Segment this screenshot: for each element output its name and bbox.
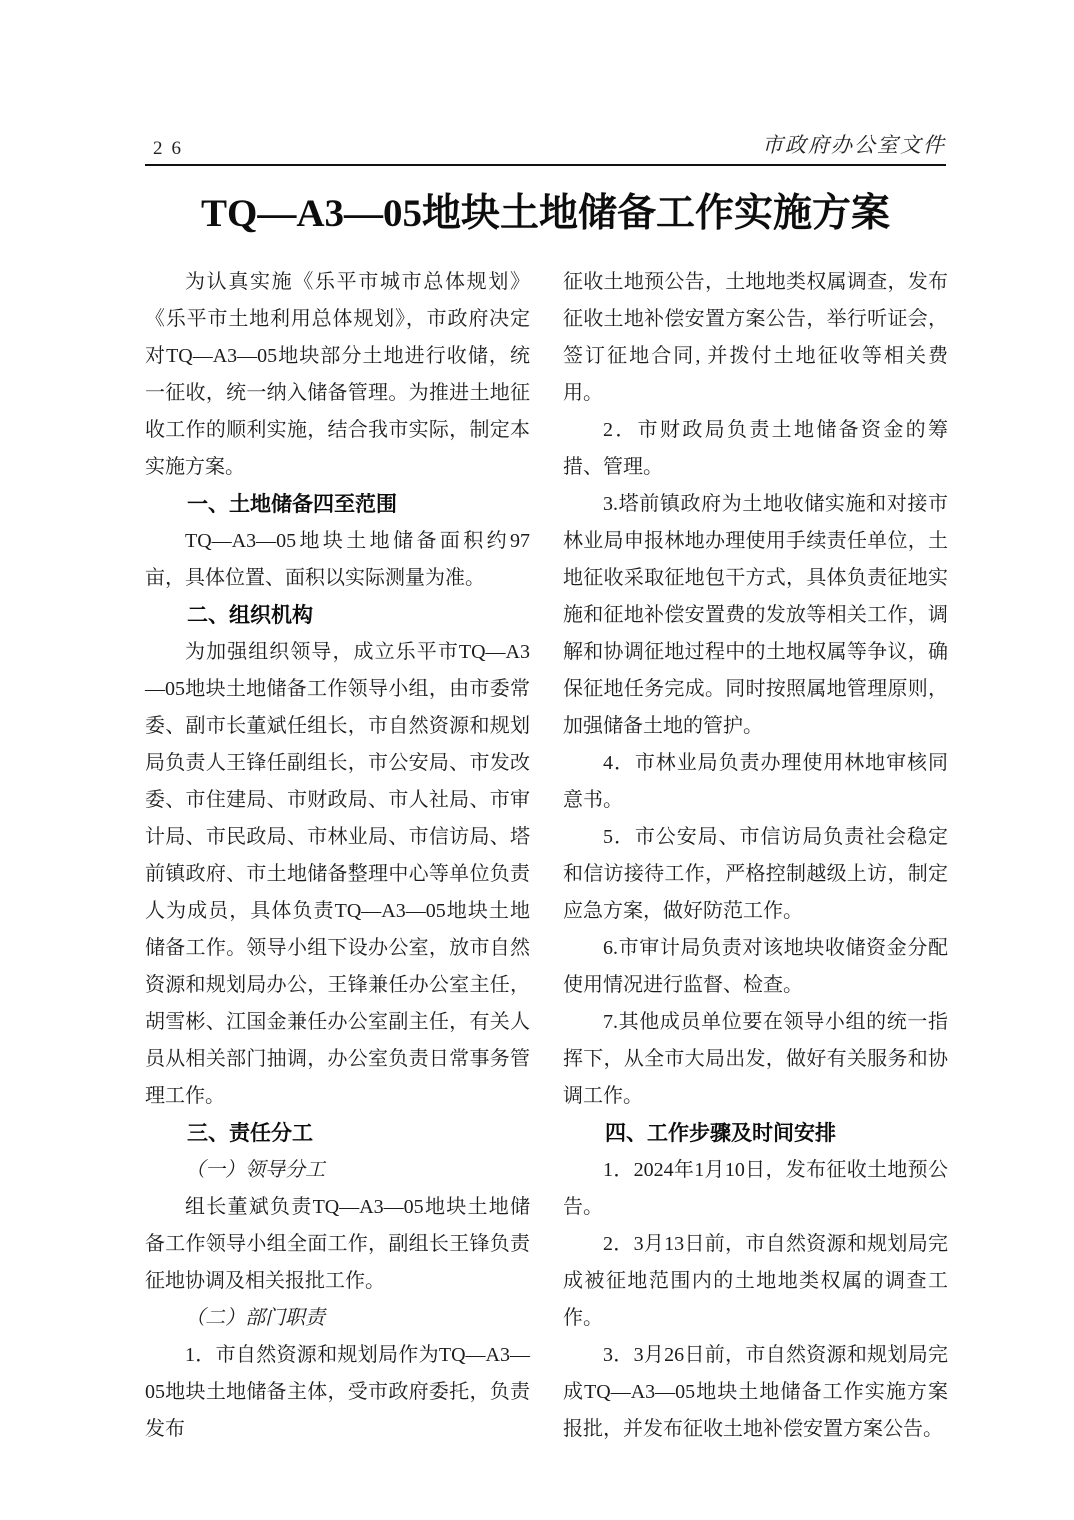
paragraph: 为加强组织领导，成立乐平市TQ—A3—05地块土地储备工作领导小组，由市委常委、… <box>145 634 530 1115</box>
section-heading: 一、土地储备四至范围 <box>145 486 530 523</box>
paragraph: 4．市林业局负责办理使用林地审核同意书。 <box>563 745 948 819</box>
document-title: TQ—A3—05地块土地储备工作实施方案 <box>145 182 946 238</box>
paragraph: TQ—A3—05地块土地储备面积约97亩，具体位置、面积以实际测量为准。 <box>145 523 530 597</box>
paragraph: 3．3月26日前，市自然资源和规划局完成TQ—A3—05地块土地储备工作实施方案… <box>563 1337 948 1448</box>
page-number: 26 <box>153 138 190 160</box>
paragraph: 为认真实施《乐平市城市总体规划》《乐平市土地利用总体规划》，市政府决定对TQ—A… <box>145 264 530 486</box>
header-rule <box>145 164 946 166</box>
paragraph: 1．市自然资源和规划局作为TQ—A3—05地块土地储备主体，受市政府委托，负责发… <box>145 1337 530 1448</box>
section-heading: 四、工作步骤及时间安排 <box>563 1115 948 1152</box>
right-column: 征收土地预公告，土地地类权属调查，发布征收土地补偿安置方案公告，举行听证会，签订… <box>563 264 948 1448</box>
sub-heading: （一）领导分工 <box>145 1152 530 1189</box>
paragraph: 2．市财政局负责土地储备资金的筹措、管理。 <box>563 412 948 486</box>
paragraph: 1．2024年1月10日，发布征收土地预公告。 <box>563 1152 948 1226</box>
paragraph: 5．市公安局、市信访局负责社会稳定和信访接待工作，严格控制越级上访，制定应急方案… <box>563 819 948 930</box>
section-heading: 二、组织机构 <box>145 597 530 634</box>
header-doc-label: 市政府办公室文件 <box>762 129 946 159</box>
body-columns: 为认真实施《乐平市城市总体规划》《乐平市土地利用总体规划》，市政府决定对TQ—A… <box>145 264 948 1448</box>
section-heading: 三、责任分工 <box>145 1115 530 1152</box>
paragraph: 7.其他成员单位要在领导小组的统一指挥下，从全市大局出发，做好有关服务和协调工作… <box>563 1004 948 1115</box>
paragraph: 3.塔前镇政府为土地收储实施和对接市林业局申报林地办理使用手续责任单位，土地征收… <box>563 486 948 745</box>
document-page: 26 市政府办公室文件 TQ—A3—05地块土地储备工作实施方案 为认真实施《乐… <box>0 0 1074 1520</box>
paragraph: 组长董斌负责TQ—A3—05地块土地储备工作领导小组全面工作，副组长王锋负责征地… <box>145 1189 530 1300</box>
paragraph: 6.市审计局负责对该地块收储资金分配使用情况进行监督、检查。 <box>563 930 948 1004</box>
paragraph: 2．3月13日前，市自然资源和规划局完成被征地范围内的土地地类权属的调查工作。 <box>563 1226 948 1337</box>
paragraph-continuation: 征收土地预公告，土地地类权属调查，发布征收土地补偿安置方案公告，举行听证会，签订… <box>563 264 948 412</box>
left-column: 为认真实施《乐平市城市总体规划》《乐平市土地利用总体规划》，市政府决定对TQ—A… <box>145 264 530 1448</box>
sub-heading: （二）部门职责 <box>145 1300 530 1337</box>
